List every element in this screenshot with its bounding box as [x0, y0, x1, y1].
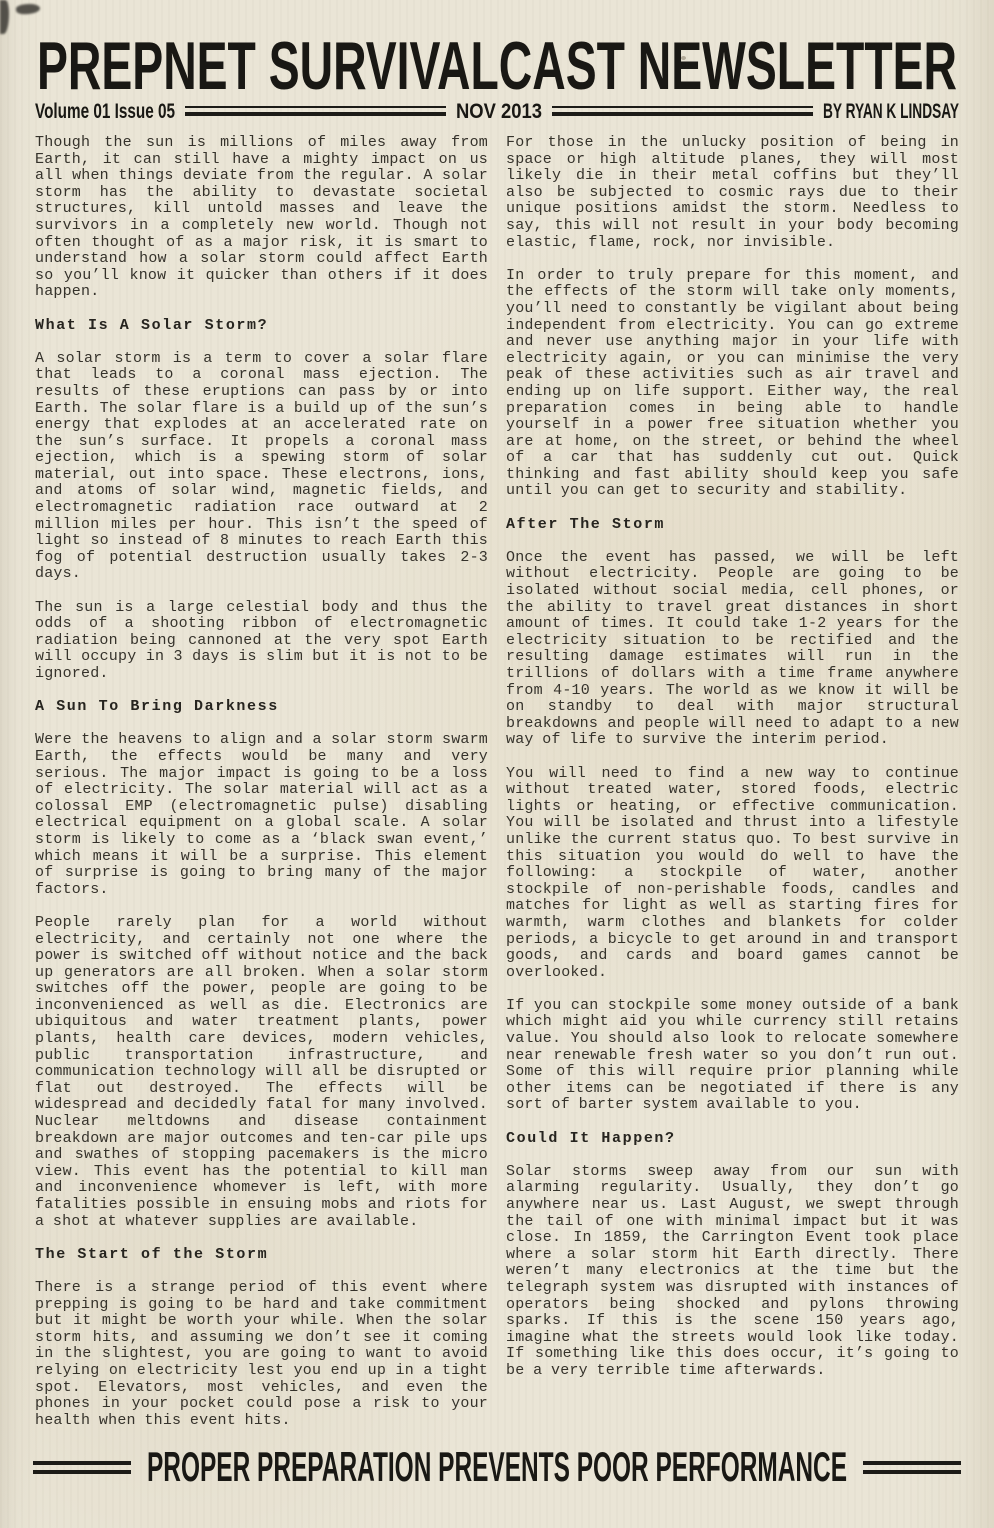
paragraph: People rarely plan for a world without e… — [35, 915, 488, 1230]
paragraph: You will need to find a new way to conti… — [506, 766, 959, 982]
right-column: For those in the unlucky position of bei… — [506, 135, 959, 1446]
footer-rule-right — [863, 1461, 961, 1474]
paragraph: For those in the unlucky position of bei… — [506, 135, 959, 251]
paragraph: A solar storm is a term to cover a solar… — [35, 351, 488, 583]
paragraph: In order to truly prepare for this momen… — [506, 268, 959, 500]
newsletter-title-text: PREPNET SURVIVALCAST NEWSLETTER — [37, 36, 957, 94]
section-heading-a-sun-to-bring-darkness: A Sun To Bring Darkness — [35, 699, 488, 716]
byline-text: BY RYAN K LINDSAY — [823, 100, 959, 122]
paragraph: If you can stockpile some money outside … — [506, 998, 959, 1114]
section-heading-the-start-of-the-storm: The Start of the Storm — [35, 1247, 488, 1264]
footer-motto: PROPER PREPARATION PREVENTS POOR PERFORM… — [147, 1447, 847, 1487]
byline: BY RYAN K LINDSAY — [823, 100, 959, 122]
volume-issue: Volume 01 Issue 05 — [35, 100, 175, 122]
issue-date-text: NOV 2013 — [456, 100, 542, 122]
section-heading-what-is-a-solar-storm: What Is A Solar Storm? — [35, 318, 488, 335]
paragraph: Were the heavens to align and a solar st… — [35, 732, 488, 898]
issue-date: NOV 2013 — [456, 100, 542, 122]
left-column: Though the sun is millions of miles away… — [35, 135, 488, 1446]
paragraph: Though the sun is millions of miles away… — [35, 135, 488, 301]
paragraph: There is a strange period of this event … — [35, 1280, 488, 1429]
paragraph: The sun is a large celestial body and th… — [35, 600, 488, 683]
footer: PROPER PREPARATION PREVENTS POOR PERFORM… — [35, 1447, 959, 1487]
footer-rule-left — [33, 1461, 131, 1474]
masthead-info-row: Volume 01 Issue 05 NOV 2013 BY RYAN K LI… — [35, 100, 959, 122]
newsletter-page: PREPNET SURVIVALCAST NEWSLETTER Volume 0… — [0, 0, 994, 1528]
masthead: PREPNET SURVIVALCAST NEWSLETTER Volume 0… — [0, 0, 994, 122]
volume-issue-text: Volume 01 Issue 05 — [35, 100, 175, 122]
masthead-rule-left — [185, 106, 446, 116]
masthead-rule-right — [552, 106, 813, 116]
section-heading-after-the-storm: After The Storm — [506, 517, 959, 534]
paragraph: Solar storms sweep away from our sun wit… — [506, 1164, 959, 1380]
article-body: Though the sun is millions of miles away… — [0, 135, 994, 1446]
paper-speck — [681, 56, 686, 60]
newsletter-title: PREPNET SURVIVALCAST NEWSLETTER — [35, 36, 959, 94]
footer-motto-text: PROPER PREPARATION PREVENTS POOR PERFORM… — [147, 1447, 847, 1487]
paragraph: Once the event has passed, we will be le… — [506, 550, 959, 749]
section-heading-could-it-happen: Could It Happen? — [506, 1131, 959, 1148]
